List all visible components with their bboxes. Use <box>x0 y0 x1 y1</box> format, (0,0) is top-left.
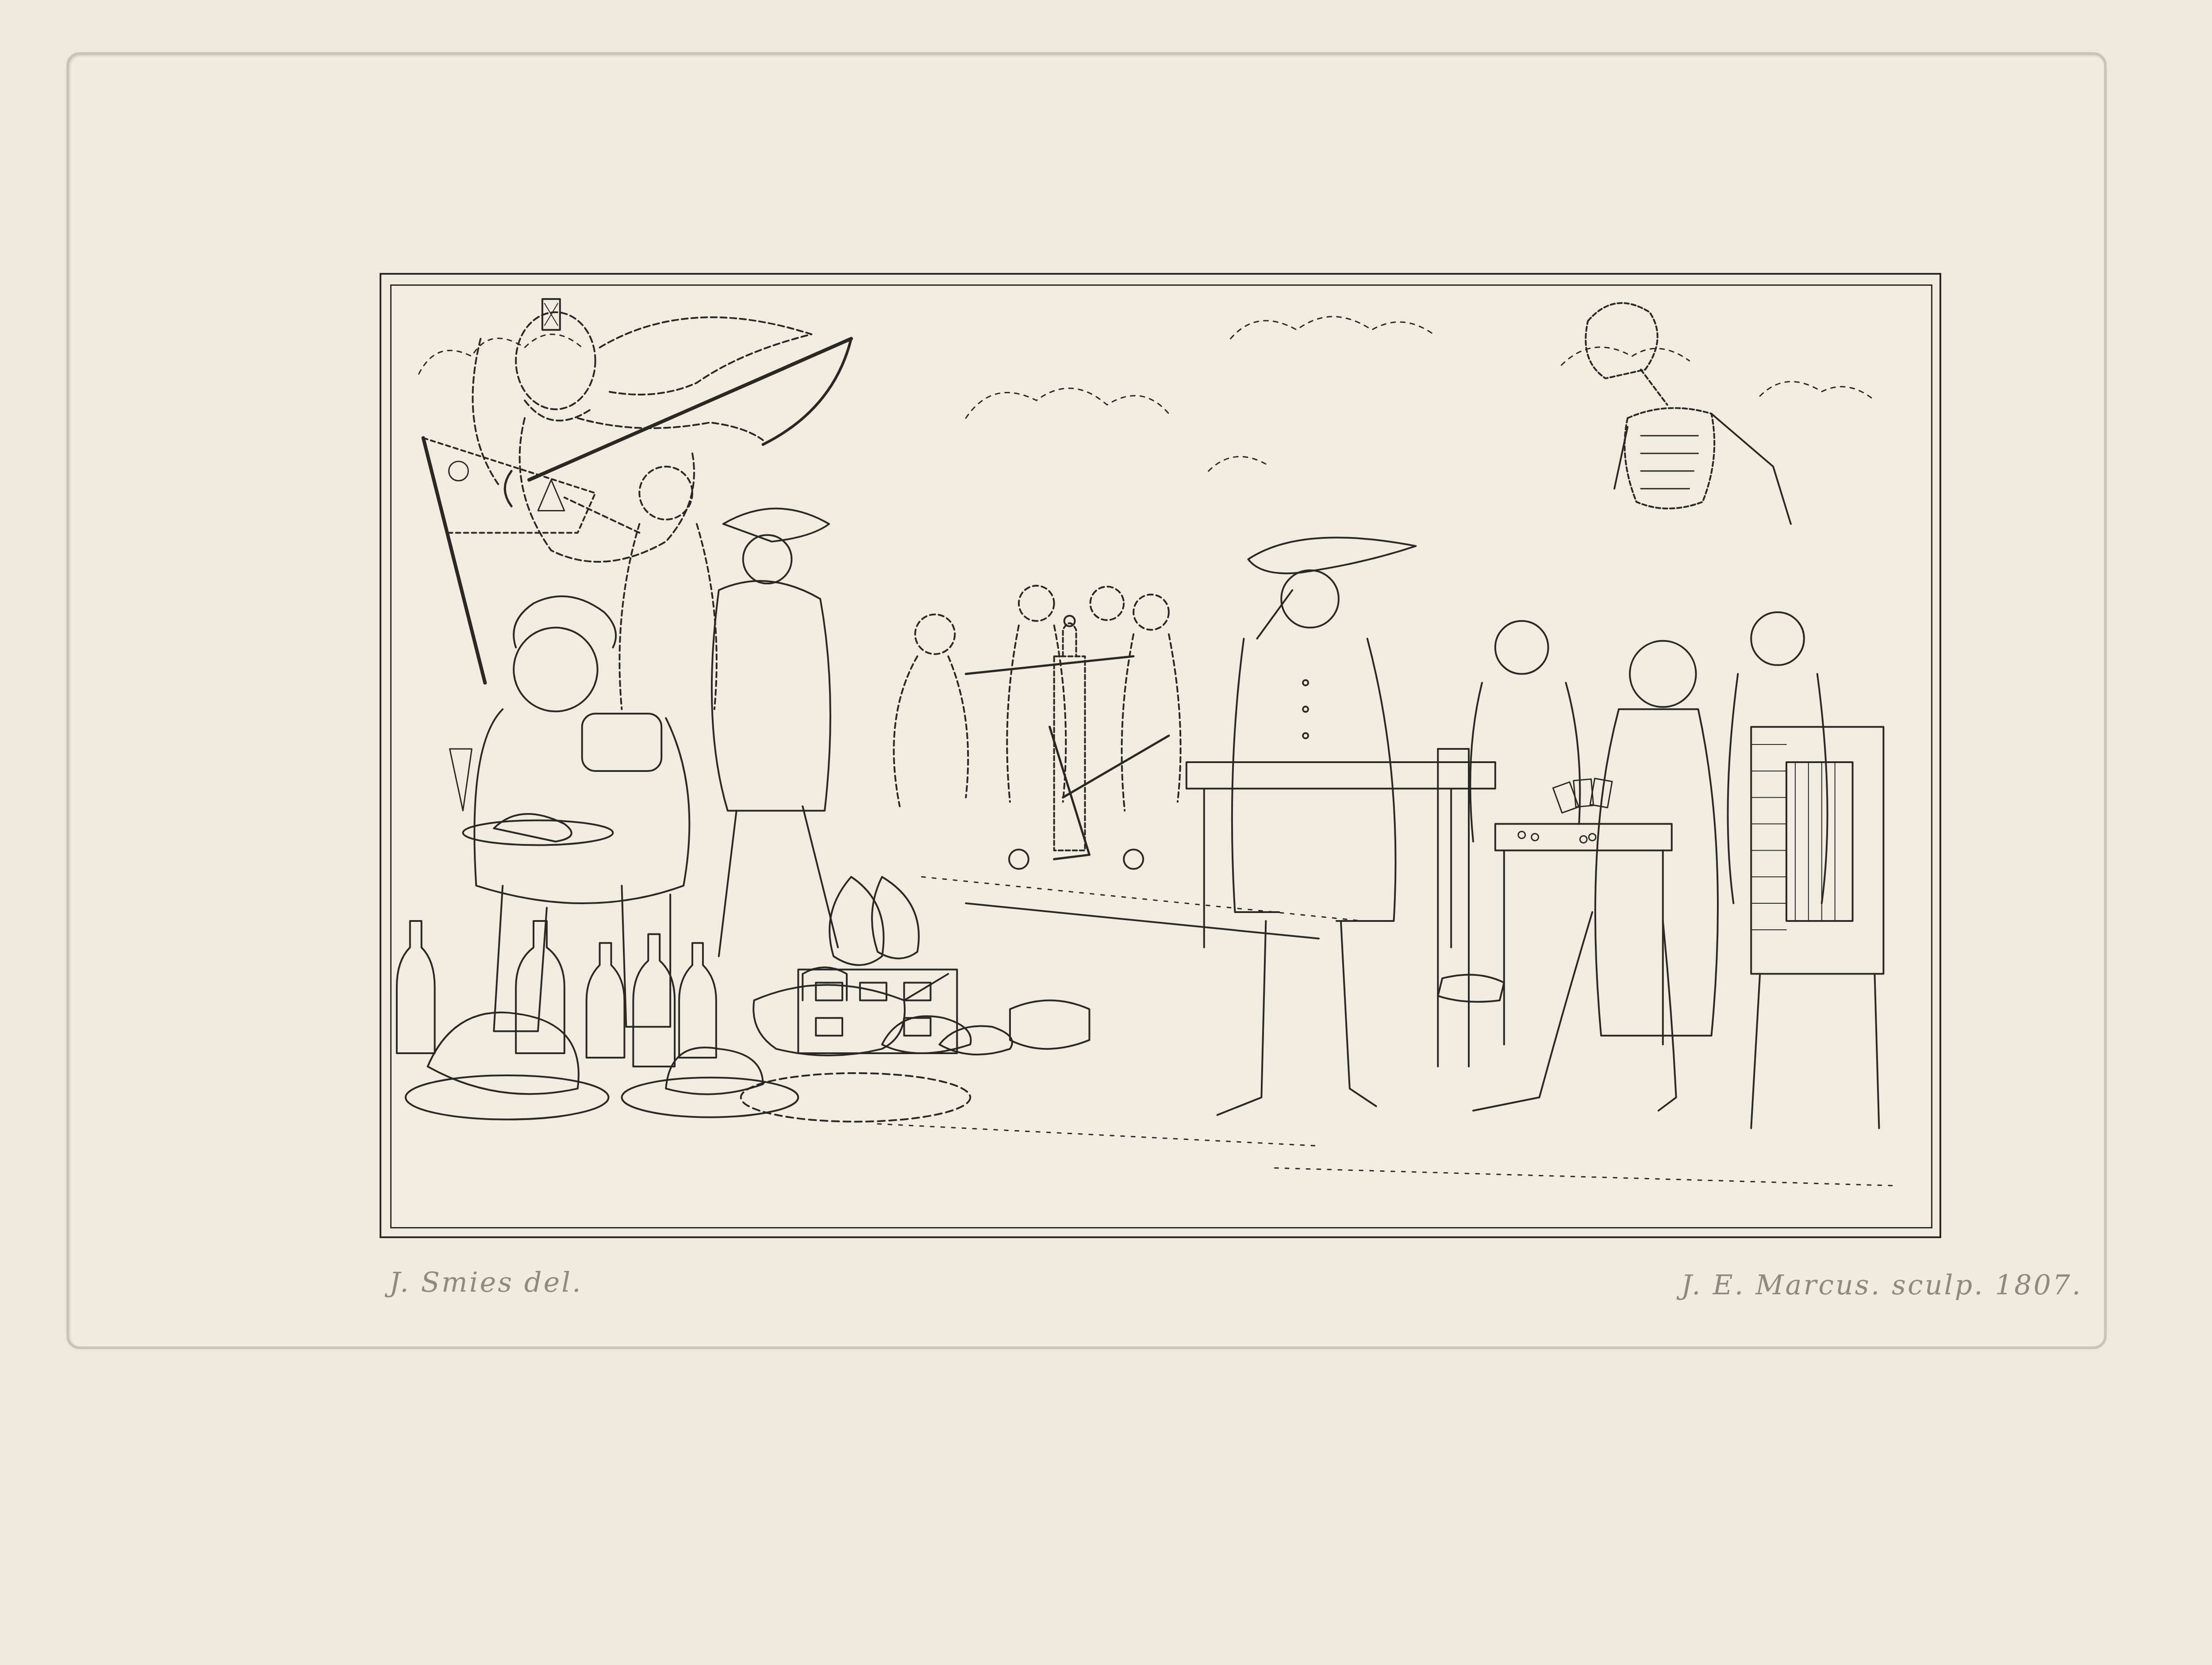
food-platters <box>406 967 1090 1122</box>
money-bags <box>829 877 971 1053</box>
scythe <box>529 339 851 480</box>
chair-left <box>1438 749 1469 1067</box>
inscription-draughtsman: J. Smies del. <box>389 1266 583 1298</box>
colf-ball-2 <box>1124 849 1143 869</box>
wine-bottles <box>397 921 716 1067</box>
engraving-scene <box>392 286 1931 1227</box>
skeleton <box>1586 303 1791 524</box>
card-table <box>1495 824 1672 1045</box>
engraving-image <box>390 284 1932 1228</box>
pointing-man <box>565 467 717 709</box>
chair-right-slatted <box>1751 727 1883 1128</box>
pensive-man <box>1217 537 1416 1115</box>
glutton <box>450 596 690 1031</box>
clouds <box>419 317 1875 471</box>
celestial-chart <box>423 438 595 683</box>
coins <box>1518 832 1596 843</box>
ground <box>878 877 1893 1185</box>
colf-players <box>894 586 1180 859</box>
colf-ball <box>1009 849 1029 869</box>
inscription-engraver: J. E. Marcus. sculp. 1807. <box>1681 1269 2082 1301</box>
